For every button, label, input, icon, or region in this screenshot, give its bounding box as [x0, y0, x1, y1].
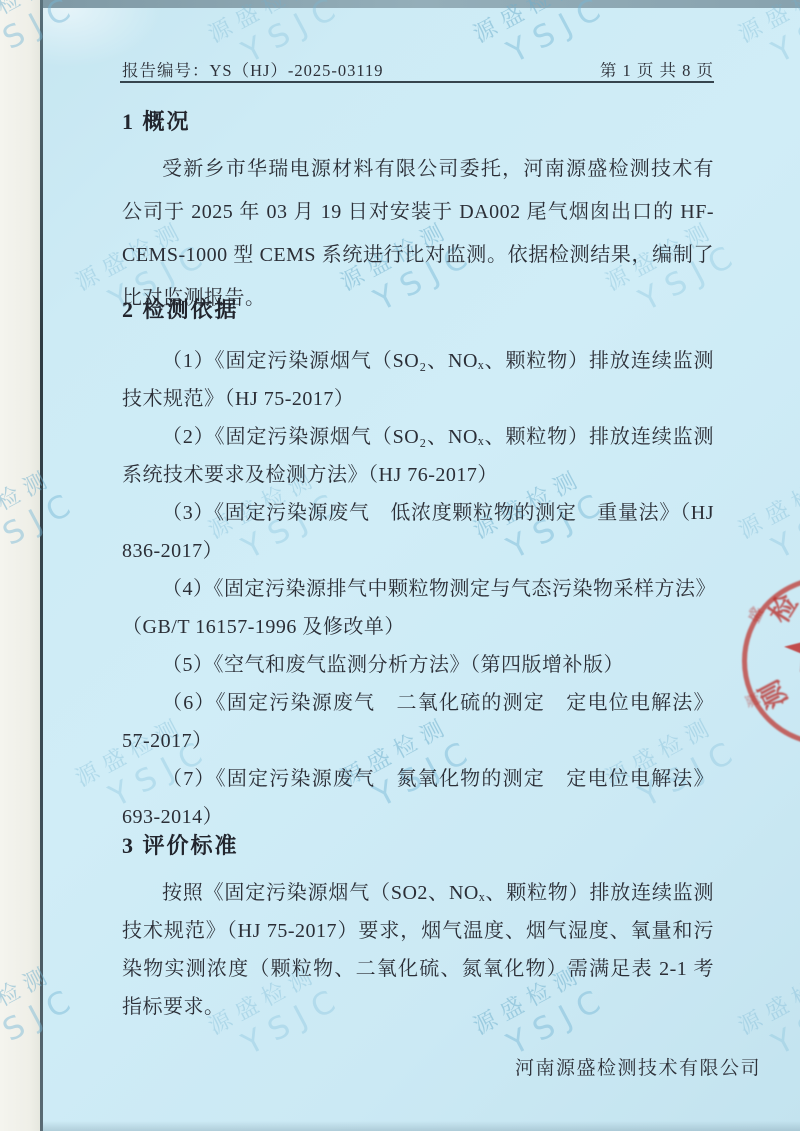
text-line: CEMS-1000 型 CEMS 系统进行比对监测。依据检测结果，编制了本 — [122, 234, 714, 277]
section-heading: 3 评价标准 — [122, 830, 714, 862]
page-header: 报告编号：YS（HJ）-2025-03119 第 1 页 共 8 页 — [122, 57, 714, 81]
section-testing-basis: 2 检测依据（1）《固定污染源烟气（SO₂、NOₓ、颗粒物）排放连续监测技术规范… — [122, 294, 714, 836]
footer-company-name: 河南源盛检测技术有限公司 — [515, 1053, 761, 1080]
text-line: 指标要求。 — [122, 988, 714, 1026]
section-evaluation-standard: 3 评价标准按照《固定污染源烟气（SO2、NOₓ、颗粒物）排放连续监测技术规范》… — [122, 830, 714, 1026]
text-line: 57-2017） — [122, 722, 714, 760]
text-line: 染物实测浓度（颗粒物、二氧化硫、氮氧化物）需满足表 2-1 考核 — [122, 950, 714, 988]
text-line: 公司于 2025 年 03 月 19 日对安装于 DA002 尾气烟囱出口的 H… — [122, 191, 714, 234]
section-heading: 1 概况 — [122, 106, 714, 138]
text-line: （5）《空气和废气监测分析方法》（第四版增补版） — [122, 646, 714, 684]
report-number: 报告编号：YS（HJ）-2025-03119 — [122, 57, 384, 81]
text-line: （GB/T 16157-1996 及修改单） — [122, 608, 714, 646]
text-line: 系统技术要求及检测方法》（HJ 76-2017） — [122, 456, 714, 494]
text-line: 836-2017） — [122, 532, 714, 570]
scanner-background-strip — [0, 0, 42, 1131]
paper-bottom-shadow — [42, 1121, 800, 1131]
text-line: （6）《固定污染源废气 二氧化硫的测定 定电位电解法》（HJ — [122, 684, 714, 722]
paper-left-edge — [40, 0, 43, 1131]
text-line: （1）《固定污染源烟气（SO₂、NOₓ、颗粒物）排放连续监测 — [122, 342, 714, 380]
paper-top-shadow — [43, 0, 800, 8]
text-line: （2）《固定污染源烟气（SO₂、NOₓ、颗粒物）排放连续监测 — [122, 418, 714, 456]
section-heading: 2 检测依据 — [122, 294, 714, 326]
text-line: 受新乡市华瑞电源材料有限公司委托，河南源盛检测技术有限 — [122, 148, 714, 191]
text-line: （3）《固定污染源废气 低浓度颗粒物的测定 重量法》（HJ — [122, 494, 714, 532]
text-line: （4）《固定污染源排气中颗粒物测定与气态污染物采样方法》 — [122, 570, 714, 608]
text-line: （7）《固定污染源废气 氮氧化物的测定 定电位电解法》（HJ — [122, 760, 714, 798]
section-overview: 1 概况受新乡市华瑞电源材料有限公司委托，河南源盛检测技术有限公司于 2025 … — [122, 106, 714, 320]
text-line: 技术规范》（HJ 75-2017） — [122, 380, 714, 418]
text-line: 按照《固定污染源烟气（SO2、NOₓ、颗粒物）排放连续监测 — [122, 874, 714, 912]
header-rule — [120, 81, 714, 83]
text-line: 技术规范》（HJ 75-2017）要求，烟气温度、烟气湿度、氧量和污 — [122, 912, 714, 950]
page-indicator: 第 1 页 共 8 页 — [600, 57, 714, 81]
